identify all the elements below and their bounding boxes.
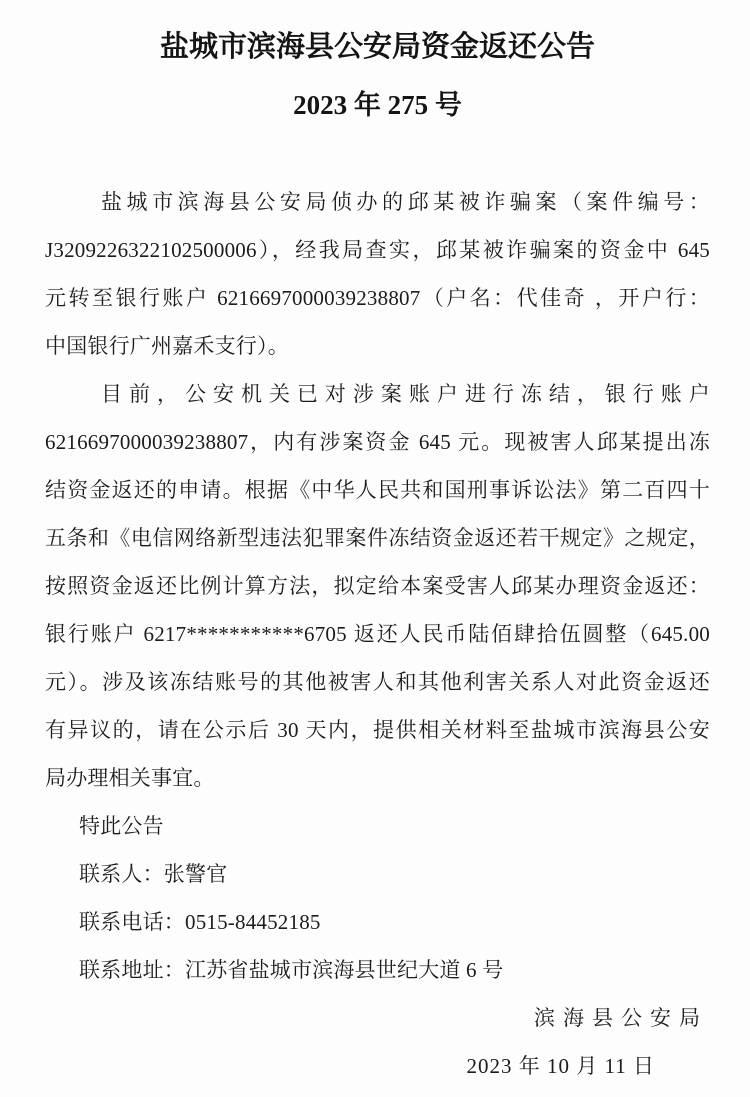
paragraph2-line: 银行账户 6217***********6705 返还人民币陆佰肆拾伍圆整（64… (45, 610, 710, 658)
paragraph2-line: 目前，公安机关已对涉案账户进行冻结，银行账户 (45, 370, 710, 418)
paragraph2-line: 6216697000039238807，内有涉案资金 645 元。现被害人邱某提… (45, 418, 710, 466)
paragraph2-line: 五条和《电信网络新型违法犯罪案件冻结资金返还若干规定》之规定， (45, 514, 710, 562)
paragraph1-line: J3209226322102500006），经我局查实，邱某被诈骗案的资金中 6… (45, 226, 710, 274)
contact-person: 联系人：张警官 (45, 850, 710, 898)
contact-phone: 联系电话：0515-84452185 (45, 898, 710, 946)
issuer-name: 滨海县公安局 (45, 994, 710, 1042)
paragraph1-line: 元转至银行账户 6216697000039238807（户名：代佳奇 ，开户行： (45, 274, 710, 322)
paragraph2-line: 局办理相关事宜。 (45, 754, 710, 802)
issue-date: 2023 年 10 月 11 日 (45, 1042, 710, 1090)
doc-number: 2023 年 275 号 (45, 86, 710, 124)
paragraph1-line: 盐城市滨海县公安局侦办的邱某被诈骗案（案件编号： (45, 178, 710, 226)
notice-body: 盐城市滨海县公安局侦办的邱某被诈骗案（案件编号： J32092263221025… (45, 178, 710, 1090)
paragraph2-line: 有异议的，请在公示后 30 天内，提供相关材料至盐城市滨海县公安 (45, 706, 710, 754)
notice-document: 盐城市滨海县公安局资金返还公告 2023 年 275 号 盐城市滨海县公安局侦办… (0, 0, 750, 1097)
paragraph2-line: 按照资金返还比例计算方法，拟定给本案受害人邱某办理资金返还： (45, 562, 710, 610)
paragraph1-line: 中国银行广州嘉禾支行）。 (45, 322, 710, 370)
closing-line: 特此公告 (45, 802, 710, 850)
notice-title: 盐城市滨海县公安局资金返还公告 (45, 26, 710, 68)
paragraph2-line: 元）。涉及该冻结账号的其他被害人和其他利害关系人对此资金返还 (45, 658, 710, 706)
contact-address: 联系地址：江苏省盐城市滨海县世纪大道 6 号 (45, 946, 710, 994)
paragraph2-line: 结资金返还的申请。根据《中华人民共和国刑事诉讼法》第二百四十 (45, 466, 710, 514)
